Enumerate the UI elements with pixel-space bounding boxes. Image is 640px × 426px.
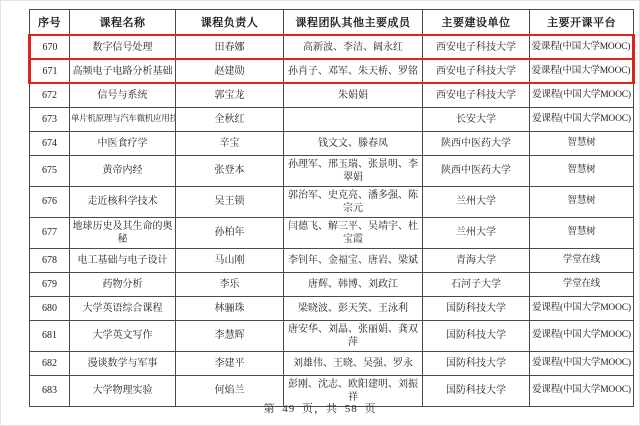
- cell-seq: 670: [30, 35, 70, 59]
- cell-leader: 马山刚: [176, 248, 284, 272]
- cell-members: 唐辉、韩博、刘政江: [284, 272, 423, 296]
- cell-seq: 672: [30, 83, 70, 107]
- cell-leader: 吴王锁: [176, 186, 284, 217]
- cell-platform: 爱课程(中国大学MOOC): [530, 107, 634, 131]
- header-seq: 序号: [30, 10, 70, 36]
- cell-unit: 陕西中医药大学: [423, 155, 530, 186]
- cell-leader: 赵建勋: [176, 59, 284, 83]
- cell-seq: 678: [30, 248, 70, 272]
- cell-unit: 西安电子科技大学: [423, 59, 530, 83]
- cell-seq: 677: [30, 217, 70, 248]
- cell-course-name: 药物分析: [70, 272, 176, 296]
- cell-members: 孙理军、邢玉瑞、张景明、李翠娟: [284, 155, 423, 186]
- cell-platform: 爱课程(中国大学MOOC): [530, 320, 634, 351]
- cell-platform: 爱课程(中国大学MOOC): [530, 35, 634, 59]
- cell-members: 李钊年、金福宝、唐岩、梁斌: [284, 248, 423, 272]
- cell-course-name: 信号与系统: [70, 83, 176, 107]
- cell-platform: 爱课程(中国大学MOOC): [530, 351, 634, 375]
- cell-unit: 国防科技大学: [423, 320, 530, 351]
- cell-leader: 李乐: [176, 272, 284, 296]
- cell-members: 闫德飞、解三平、吴靖宇、杜宝霞: [284, 217, 423, 248]
- cell-platform: 学堂在线: [530, 248, 634, 272]
- cell-leader: 田春娜: [176, 35, 284, 59]
- cell-course-name: 大学英语综合课程: [70, 296, 176, 320]
- course-table: 序号 课程名称 课程负责人 课程团队其他主要成员 主要建设单位 主要开课平台 6…: [28, 9, 635, 407]
- cell-course-name: 漫谈数学与军事: [70, 351, 176, 375]
- document-page: 序号 课程名称 课程负责人 课程团队其他主要成员 主要建设单位 主要开课平台 6…: [0, 0, 640, 426]
- header-leader: 课程负责人: [176, 10, 284, 36]
- cell-platform: 爱课程(中国大学MOOC): [530, 59, 634, 83]
- cell-course-name: 单片机原理与汽车微机应用技术: [70, 107, 176, 131]
- cell-platform: 爱课程(中国大学MOOC): [530, 296, 634, 320]
- table-row: 679 药物分析 李乐 唐辉、韩博、刘政江 石河子大学 学堂在线: [30, 272, 634, 296]
- cell-leader: 李建平: [176, 351, 284, 375]
- cell-seq: 675: [30, 155, 70, 186]
- cell-leader: 李慧辉: [176, 320, 284, 351]
- header-members: 课程团队其他主要成员: [284, 10, 423, 36]
- cell-platform: 智慧树: [530, 217, 634, 248]
- cell-course-name: 地球历史及其生命的奥秘: [70, 217, 176, 248]
- cell-unit: 陕西中医药大学: [423, 131, 530, 155]
- cell-leader: 孙柏年: [176, 217, 284, 248]
- cell-unit: 青海大学: [423, 248, 530, 272]
- cell-seq: 680: [30, 296, 70, 320]
- cell-members: 唐安华、刘晶、张丽娟、龚双萍: [284, 320, 423, 351]
- cell-platform: 爱课程(中国大学MOOC): [530, 83, 634, 107]
- cell-platform: 智慧树: [530, 155, 634, 186]
- cell-members: 朱娟娟: [284, 83, 423, 107]
- cell-seq: 674: [30, 131, 70, 155]
- cell-unit: 长安大学: [423, 107, 530, 131]
- table-row: 680 大学英语综合课程 林骊珠 梁晓波、彭天笑、王泳利 国防科技大学 爱课程(…: [30, 296, 634, 320]
- table-row: 677 地球历史及其生命的奥秘 孙柏年 闫德飞、解三平、吴靖宇、杜宝霞 兰州大学…: [30, 217, 634, 248]
- cell-course-name: 电工基础与电子设计: [70, 248, 176, 272]
- cell-unit: 石河子大学: [423, 272, 530, 296]
- cell-unit: 西安电子科技大学: [423, 83, 530, 107]
- cell-platform: 智慧树: [530, 131, 634, 155]
- cell-members: 刘雄伟、王晓、吴强、罗永: [284, 351, 423, 375]
- cell-unit: 国防科技大学: [423, 351, 530, 375]
- header-unit: 主要建设单位: [423, 10, 530, 36]
- table-row: 672 信号与系统 郭宝龙 朱娟娟 西安电子科技大学 爱课程(中国大学MOOC): [30, 83, 634, 107]
- cell-course-name: 走近核科学技术: [70, 186, 176, 217]
- cell-leader: 林骊珠: [176, 296, 284, 320]
- header-platform: 主要开课平台: [530, 10, 634, 36]
- cell-course-name: 黄帝内经: [70, 155, 176, 186]
- cell-course-name: 数字信号处理: [70, 35, 176, 59]
- table-row: 674 中医食疗学 辛宝 钱文文、滕春凤 陕西中医药大学 智慧树: [30, 131, 634, 155]
- cell-platform: 智慧树: [530, 186, 634, 217]
- cell-platform: 学堂在线: [530, 272, 634, 296]
- cell-seq: 679: [30, 272, 70, 296]
- cell-unit: 兰州大学: [423, 217, 530, 248]
- table-row: 682 漫谈数学与军事 李建平 刘雄伟、王晓、吴强、罗永 国防科技大学 爱课程(…: [30, 351, 634, 375]
- cell-leader: 张登本: [176, 155, 284, 186]
- cell-course-name: 中医食疗学: [70, 131, 176, 155]
- cell-course-name: 大学英文写作: [70, 320, 176, 351]
- cell-seq: 681: [30, 320, 70, 351]
- page-number: 第 49 页，共 58 页: [1, 400, 639, 416]
- table-row: 670 数字信号处理 田春娜 高新波、李洁、阔永红 西安电子科技大学 爱课程(中…: [30, 35, 634, 59]
- header-row: 序号 课程名称 课程负责人 课程团队其他主要成员 主要建设单位 主要开课平台: [30, 10, 634, 36]
- table-row: 676 走近核科学技术 吴王锁 郭治军、史克亮、潘多强、陈宗元 兰州大学 智慧树: [30, 186, 634, 217]
- cell-seq: 676: [30, 186, 70, 217]
- cell-members: 高新波、李洁、阔永红: [284, 35, 423, 59]
- cell-seq: 671: [30, 59, 70, 83]
- table-row: 673 单片机原理与汽车微机应用技术 全秋红 长安大学 爱课程(中国大学MOOC…: [30, 107, 634, 131]
- table-row: 671 高频电子电路分析基础 赵建勋 孙肖子、邓军、朱天桥、罗铭 西安电子科技大…: [30, 59, 634, 83]
- header-name: 课程名称: [70, 10, 176, 36]
- table-body: 670 数字信号处理 田春娜 高新波、李洁、阔永红 西安电子科技大学 爱课程(中…: [30, 35, 634, 406]
- cell-members: 孙肖子、邓军、朱天桥、罗铭: [284, 59, 423, 83]
- table-row: 681 大学英文写作 李慧辉 唐安华、刘晶、张丽娟、龚双萍 国防科技大学 爱课程…: [30, 320, 634, 351]
- cell-unit: 西安电子科技大学: [423, 35, 530, 59]
- cell-seq: 673: [30, 107, 70, 131]
- cell-unit: 国防科技大学: [423, 296, 530, 320]
- cell-members: 郭治军、史克亮、潘多强、陈宗元: [284, 186, 423, 217]
- cell-leader: 全秋红: [176, 107, 284, 131]
- cell-unit: 兰州大学: [423, 186, 530, 217]
- table-row: 675 黄帝内经 张登本 孙理军、邢玉瑞、张景明、李翠娟 陕西中医药大学 智慧树: [30, 155, 634, 186]
- cell-members: 钱文文、滕春凤: [284, 131, 423, 155]
- cell-members: [284, 107, 423, 131]
- cell-leader: 辛宝: [176, 131, 284, 155]
- cell-seq: 682: [30, 351, 70, 375]
- table-row: 678 电工基础与电子设计 马山刚 李钊年、金福宝、唐岩、梁斌 青海大学 学堂在…: [30, 248, 634, 272]
- cell-members: 梁晓波、彭天笑、王泳利: [284, 296, 423, 320]
- cell-course-name: 高频电子电路分析基础: [70, 59, 176, 83]
- cell-leader: 郭宝龙: [176, 83, 284, 107]
